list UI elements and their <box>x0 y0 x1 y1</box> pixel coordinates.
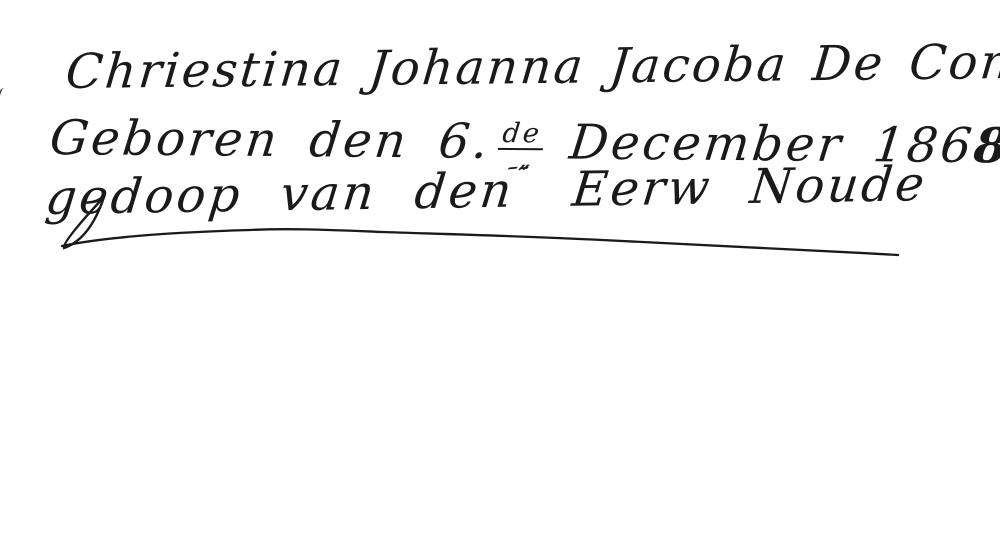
name-text: Chriestina Johanna Jacoba De Coning <box>64 37 1000 96</box>
ditto-mark: ″ <box>516 159 534 194</box>
scan-artifact <box>0 87 8 104</box>
manuscript-page: Chriestina Johanna Jacoba De Coning Gebo… <box>0 0 1000 550</box>
underline-rule <box>62 229 898 255</box>
ordinal-suffix-text: de <box>498 121 546 150</box>
baptism-prefix-text: gedoop van den <box>43 167 517 222</box>
birth-year-last-digit: 8 <box>971 122 1000 170</box>
manuscript-line-name: Chriestina Johanna Jacoba De Coning <box>64 37 1000 96</box>
birth-prefix-text: Geboren den 6. <box>47 114 493 166</box>
minister-name-text: Eerw Noude <box>570 160 929 214</box>
